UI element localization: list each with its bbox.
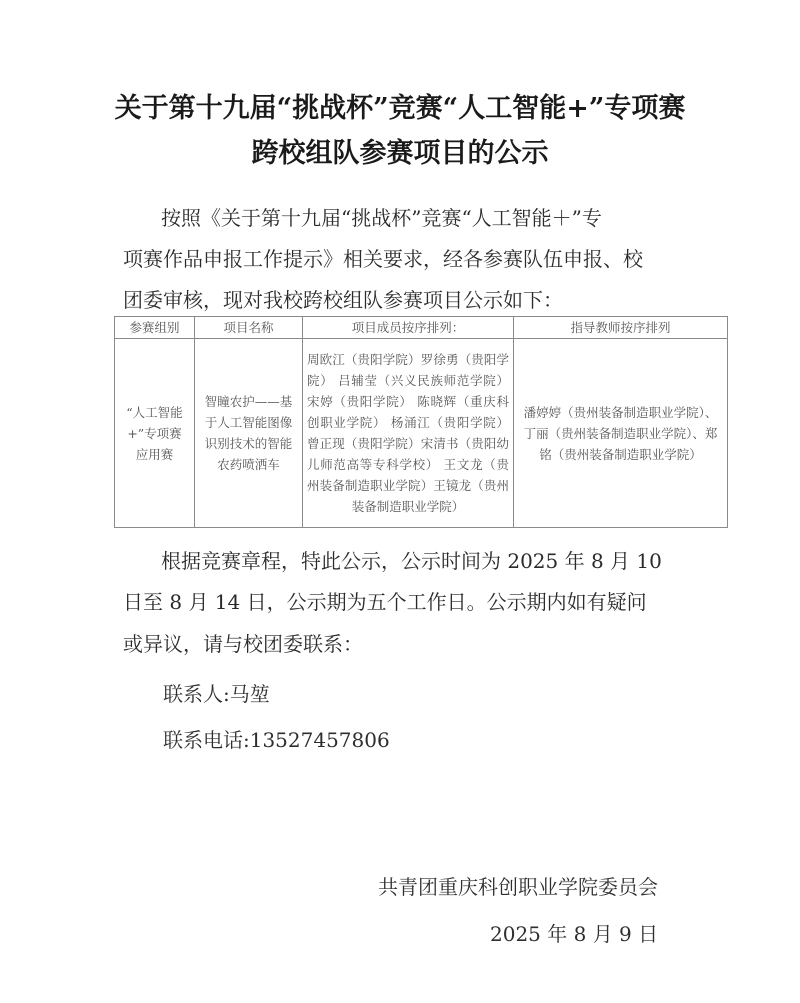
cell-advisors: 潘婷婷（贵州装备制造职业学院）、丁丽（贵州装备制造职业学院）、郑铭（贵州装备制造… <box>514 339 728 528</box>
contact-person: 联系人:马堃 <box>163 678 270 707</box>
notice-line-1: 根据竞赛章程，特此公示，公示时间为 2025 年 8 月 10 <box>161 545 662 574</box>
header-project-name: 项目名称 <box>195 317 303 339</box>
cell-members: 周欧江（贵阳学院）罗徐勇（贵阳学院） 吕辅莹（兴义民族师范学院） 宋婷（贵阳学院… <box>303 339 514 528</box>
signature-organization: 共青团重庆科创职业学院委员会 <box>378 871 658 900</box>
header-advisors: 指导教师按序排列 <box>514 317 728 339</box>
notice-line-2: 日至 8 月 14 日，公示期为五个工作日。公示期内如有疑问 <box>123 586 647 615</box>
signature-date: 2025 年 8 月 9 日 <box>490 918 658 947</box>
header-members: 项目成员按序排列： <box>303 317 514 339</box>
contact-phone: 联系电话:13527457806 <box>163 724 390 753</box>
document-title-line-2: 跨校组队参赛项目的公示 <box>0 131 800 170</box>
table-row: “人工智能+”专项赛应用赛 智瞳农护——基于人工智能图像识别技术的智能农药喷洒车… <box>115 339 728 528</box>
header-category: 参赛组别 <box>115 317 195 339</box>
document-title-line-1: 关于第十九届“挑战杯”竞赛“人工智能+”专项赛 <box>0 86 800 125</box>
intro-line-2: 项赛作品申报工作提示》相关要求，经各参赛队伍申报、校 <box>123 243 643 272</box>
cell-category: “人工智能+”专项赛应用赛 <box>115 339 195 528</box>
cell-project-name: 智瞳农护——基于人工智能图像识别技术的智能农药喷洒车 <box>195 339 303 528</box>
table-header-row: 参赛组别 项目名称 项目成员按序排列： 指导教师按序排列 <box>115 317 728 339</box>
project-roster-table: 参赛组别 项目名称 项目成员按序排列： 指导教师按序排列 “人工智能+”专项赛应… <box>114 316 728 528</box>
notice-line-3: 或异议，请与校团委联系： <box>123 628 363 657</box>
intro-line-1: 按照《关于第十九届“挑战杯”竞赛“人工智能＋”专 <box>161 202 602 231</box>
intro-line-3: 团委审核，现对我校跨校组队参赛项目公示如下： <box>123 284 563 313</box>
